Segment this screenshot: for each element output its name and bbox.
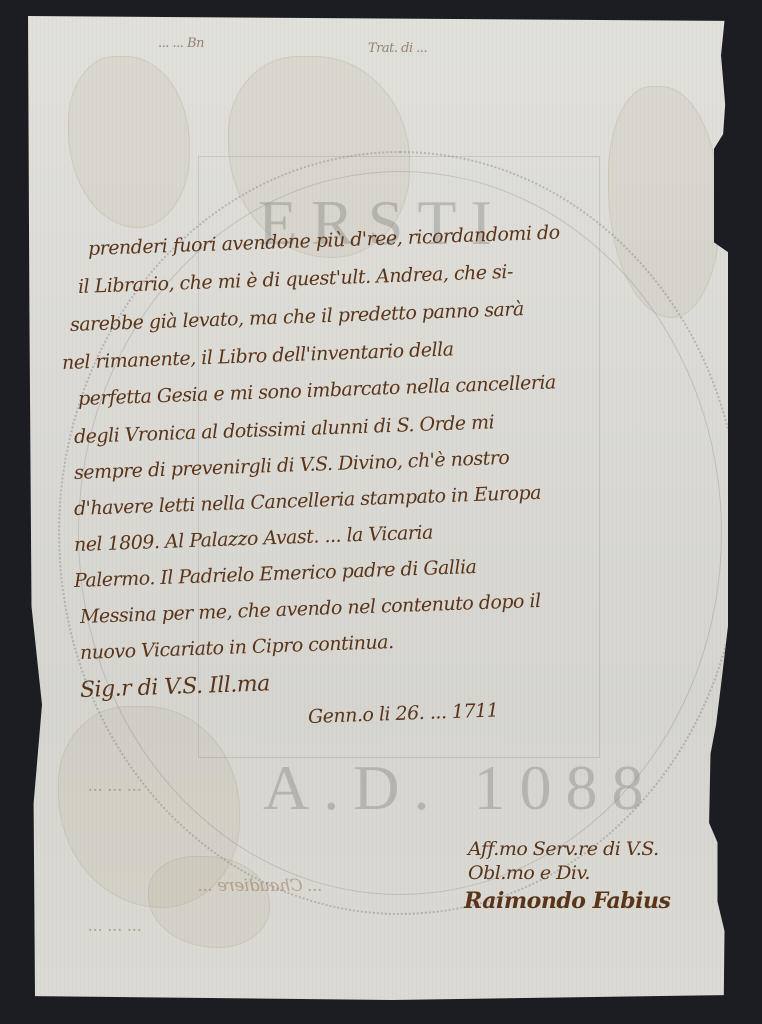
water-stain xyxy=(68,56,190,228)
manuscript-page: ERSTI A.D. 1088 ... ... Bn Trat. di ... … xyxy=(28,16,728,1000)
watermark-bottom-text: A.D. 1088 xyxy=(263,751,657,825)
signature: Raimondo Fabius xyxy=(464,888,670,914)
header-note: Trat. di ... xyxy=(368,41,427,56)
water-stain xyxy=(608,86,720,318)
bleed-through-line: ... ... ... xyxy=(88,916,142,936)
header-note: ... ... Bn xyxy=(158,36,204,51)
closing-line: Aff.mo Serv.re di V.S. xyxy=(468,838,659,860)
water-stain xyxy=(148,856,270,948)
bleed-through-line: ... ... ... xyxy=(88,776,142,796)
closing-line: Obl.mo e Div. xyxy=(468,862,590,884)
bleed-through-line: ... Chaudiere ... xyxy=(198,876,322,896)
